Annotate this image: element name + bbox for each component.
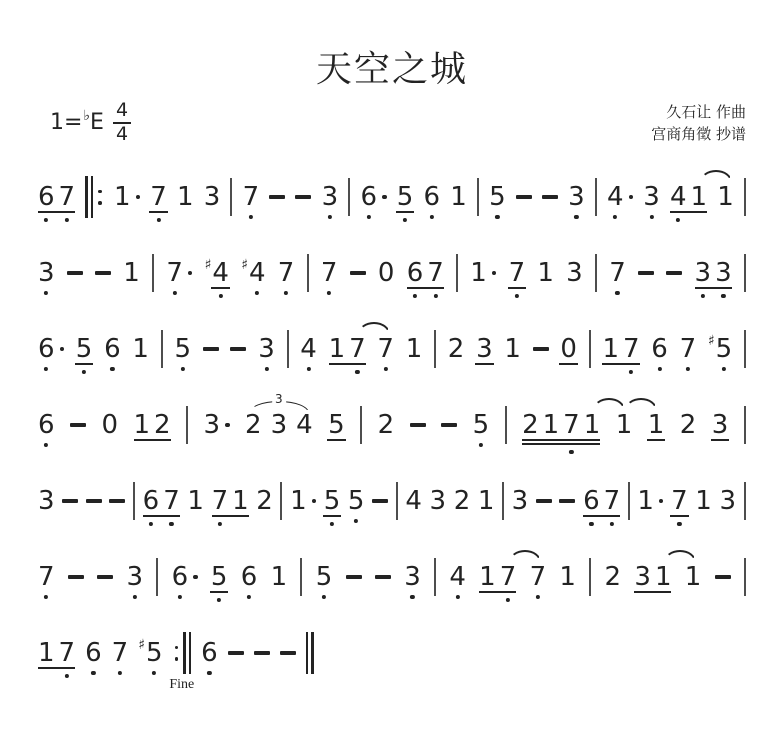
low-octave-dot <box>247 595 251 599</box>
note-number: 5 <box>316 564 333 590</box>
repeat-dot <box>98 190 102 194</box>
note-number: 5 <box>211 564 228 590</box>
duration-dash <box>441 423 457 427</box>
augmentation-dot <box>382 195 387 200</box>
low-octave-dot <box>536 595 540 599</box>
note: 7 <box>38 564 55 590</box>
note-number: 7 <box>112 640 129 666</box>
note-number: 2 <box>605 564 622 590</box>
note-number: 7 <box>349 336 366 362</box>
note: 5 <box>174 336 191 362</box>
note-number: 7 <box>59 640 76 666</box>
note-number: 1 <box>685 564 702 590</box>
note-number: 1 <box>616 412 633 438</box>
note-number: 4 <box>296 412 313 438</box>
note: 2 <box>378 412 395 438</box>
low-octave-dot <box>330 522 334 526</box>
note-number: 7 <box>321 260 338 286</box>
note: 7 <box>150 184 167 210</box>
note-number: 3 <box>430 488 447 514</box>
note: 1 <box>271 564 288 590</box>
low-octave-dot <box>44 218 48 222</box>
sharp-icon: ♯ <box>205 258 212 272</box>
low-octave-dot <box>515 294 519 298</box>
note-number: 7 <box>500 564 517 590</box>
note: 6 <box>104 336 121 362</box>
note-number: 1 <box>134 412 151 438</box>
repeat-dots <box>98 190 102 205</box>
low-octave-dot <box>65 218 69 222</box>
note: 3 <box>204 184 221 210</box>
bar-line <box>186 406 188 444</box>
low-octave-dot <box>178 595 182 599</box>
note: 1 <box>537 260 554 286</box>
note: 3 <box>204 412 230 438</box>
note: 7 <box>500 564 517 590</box>
note-number: 7 <box>59 184 76 210</box>
note-number: 1 <box>717 184 734 210</box>
note: 1 <box>232 488 249 514</box>
augmentation-dot <box>188 271 193 276</box>
note-number: 5 <box>146 640 163 666</box>
note: 2 <box>245 412 262 438</box>
note: 1 <box>479 564 496 590</box>
duration-dash <box>230 347 246 351</box>
note: 6 <box>583 488 600 514</box>
low-octave-dot <box>173 291 177 295</box>
note-number: 3 <box>38 488 55 514</box>
beam-underline <box>634 591 671 593</box>
note: 6 <box>361 184 387 210</box>
duration-dash <box>62 499 78 503</box>
note-number: 1 <box>290 488 307 514</box>
note-number: 1 <box>470 260 487 286</box>
note-number: 7 <box>680 336 697 362</box>
triplet-number: 3 <box>272 393 286 405</box>
low-octave-dot <box>284 291 288 295</box>
note: 1 <box>602 336 619 362</box>
note: 7 <box>349 336 366 362</box>
low-octave-dot <box>574 215 578 219</box>
note-number: 2 <box>154 412 171 438</box>
note: 1 <box>406 336 423 362</box>
low-octave-dot <box>149 522 153 526</box>
note: 6 <box>241 564 258 590</box>
time-numerator: 4 <box>113 101 131 124</box>
note-number: 7 <box>377 336 394 362</box>
note-number: 3 <box>634 564 651 590</box>
note: 7 <box>59 184 76 210</box>
note-number: 6 <box>241 564 258 590</box>
beam-underline <box>508 287 527 289</box>
note: 3 <box>695 260 712 286</box>
low-octave-dot <box>44 443 48 447</box>
note-number: 3 <box>126 564 143 590</box>
note-number: 7 <box>427 260 444 286</box>
note-number: 5 <box>348 488 365 514</box>
beam-underline <box>695 287 732 289</box>
note-number: 6 <box>201 640 218 666</box>
note-number: 7 <box>609 260 626 286</box>
duration-dash <box>203 347 219 351</box>
bar-line <box>307 254 309 292</box>
beam-underline <box>327 439 346 441</box>
bar-line <box>230 178 232 216</box>
repeat-dots <box>175 646 179 661</box>
low-octave-dot <box>255 291 259 295</box>
low-octave-dot <box>613 215 617 219</box>
bar-line <box>287 330 289 368</box>
note-number: 3 <box>204 412 221 438</box>
note: 1 <box>717 184 734 210</box>
note-number: 7 <box>38 564 55 590</box>
beam-underline <box>210 591 229 593</box>
note-number: 1 <box>584 412 601 438</box>
bar-line <box>300 558 302 596</box>
low-octave-dot <box>722 367 726 371</box>
note: 2 <box>154 412 171 438</box>
note-number: 3 <box>38 260 55 286</box>
bar-line <box>505 406 507 444</box>
low-octave-dot <box>495 215 499 219</box>
note-number: 7 <box>166 260 183 286</box>
low-octave-dot <box>169 522 173 526</box>
note: 7 <box>112 640 129 666</box>
composer-credit: 久石让 作曲 <box>651 101 746 124</box>
low-octave-dot <box>410 595 414 599</box>
note: 3 <box>719 488 736 514</box>
note-number: 1 <box>123 260 140 286</box>
beam-underline <box>711 439 730 441</box>
note: 7 <box>427 260 444 286</box>
note: 3 <box>476 336 493 362</box>
beam-group: 33 <box>695 260 732 286</box>
duration-dash <box>280 651 296 655</box>
duration-dash <box>372 499 388 503</box>
note: 2 <box>680 412 697 438</box>
low-octave-dot <box>677 522 681 526</box>
beam-underline <box>211 287 230 289</box>
note-number: 2 <box>378 412 395 438</box>
note: 6 <box>143 488 160 514</box>
key-prefix: 1= <box>50 112 82 134</box>
score-line-4: 60123234352521711123 <box>38 387 746 463</box>
note: 6 <box>651 336 668 362</box>
note-number: 2 <box>680 412 697 438</box>
note: 6 <box>38 336 64 362</box>
note-number: 1 <box>637 488 654 514</box>
beam-group: 17 <box>38 640 75 666</box>
note-number: 5 <box>328 412 345 438</box>
note-number: 7 <box>243 184 260 210</box>
note-number: 1 <box>232 488 249 514</box>
beam-group: 17 <box>329 336 366 362</box>
beam-underline <box>396 211 415 213</box>
beam-underline <box>647 439 666 441</box>
note-number: 4 <box>249 260 266 286</box>
note: 3 <box>566 260 583 286</box>
duration-dash <box>295 195 311 199</box>
tie-arc <box>358 322 390 334</box>
low-octave-dot <box>354 519 358 523</box>
note-number: 1 <box>478 488 495 514</box>
beam-group: 41 <box>670 184 707 210</box>
augmentation-dot <box>659 499 664 504</box>
note-number: 1 <box>479 564 496 590</box>
duration-dash <box>559 499 575 503</box>
score-line-3: 6561534177123101767♯5 <box>38 311 746 387</box>
note-number: 2 <box>256 488 273 514</box>
beam-underline <box>134 439 171 441</box>
low-octave-dot <box>65 674 69 678</box>
bar-line <box>348 178 350 216</box>
note: ♯4 <box>205 260 229 286</box>
note-number: 2 <box>522 412 539 438</box>
augmentation-dot <box>60 347 65 352</box>
note-number: 1 <box>132 336 149 362</box>
beam-underline <box>522 443 600 445</box>
beam-underline <box>670 211 707 213</box>
sharp-icon: ♯ <box>241 258 248 272</box>
tie-arc <box>625 398 657 410</box>
low-octave-dot <box>384 367 388 371</box>
beam-underline <box>212 515 249 517</box>
note: ♯4 <box>241 260 265 286</box>
note-number: 1 <box>38 640 55 666</box>
note-number: 5 <box>397 184 414 210</box>
rest-note: 0 <box>378 260 395 286</box>
note: 6 <box>38 412 55 438</box>
note-number: 7 <box>212 488 229 514</box>
beam-group: 67 <box>143 488 180 514</box>
bar-line <box>589 558 591 596</box>
beam-group: 31 <box>634 564 671 590</box>
note-number: 5 <box>174 336 191 362</box>
bar-line <box>744 330 746 368</box>
transcriber-credit: 宫商角徵 抄谱 <box>651 123 746 146</box>
note: 5 <box>473 412 490 438</box>
note-number: 2 <box>245 412 262 438</box>
bar-line <box>744 558 746 596</box>
beam-group: 67 <box>407 260 444 286</box>
note: 1 <box>329 336 346 362</box>
note-number: 1 <box>114 184 131 210</box>
barline-stroke <box>306 632 309 674</box>
note: 7 <box>243 184 260 210</box>
note-number: 3 <box>271 412 288 438</box>
note: 1 <box>695 488 712 514</box>
bar-line <box>280 482 282 520</box>
duration-dash <box>109 499 125 503</box>
note-number: 3 <box>719 488 736 514</box>
low-octave-dot <box>82 370 86 374</box>
note: 1 <box>132 336 149 362</box>
note: 7 <box>278 260 295 286</box>
note: 5 <box>397 184 414 210</box>
beam-underline <box>602 363 639 365</box>
beam-underline <box>149 211 168 213</box>
note-number: 4 <box>449 564 466 590</box>
time-signature: 4 4 <box>113 101 131 145</box>
note-number: 6 <box>423 184 440 210</box>
bar-line <box>628 482 630 520</box>
note: 6 <box>38 184 55 210</box>
note: 1 <box>616 412 633 438</box>
duration-dash <box>86 499 102 503</box>
note-number: 6 <box>361 184 378 210</box>
barline-stroke <box>85 176 88 218</box>
note-number: 6 <box>143 488 160 514</box>
note-number: 1 <box>177 184 194 210</box>
note: 7 <box>509 260 526 286</box>
note: 2 <box>454 488 471 514</box>
low-octave-dot <box>456 595 460 599</box>
low-octave-dot <box>657 367 661 371</box>
duration-dash <box>95 271 111 275</box>
note: 3 <box>38 260 55 286</box>
augmentation-dot <box>312 499 317 504</box>
low-octave-dot <box>629 370 633 374</box>
bar-line <box>434 330 436 368</box>
tie-arc <box>664 550 696 562</box>
duration-dash <box>516 195 532 199</box>
note-number: 1 <box>537 260 554 286</box>
note-number: 1 <box>695 488 712 514</box>
low-octave-dot <box>306 367 310 371</box>
note-number: 5 <box>473 412 490 438</box>
repeat-end-barline: Fine <box>173 632 192 674</box>
note: 3 <box>126 564 143 590</box>
note: 2 <box>448 336 465 362</box>
low-octave-dot <box>322 595 326 599</box>
note-number: 7 <box>563 412 580 438</box>
note: 1 <box>38 640 55 666</box>
note: 1 <box>134 412 151 438</box>
note-number: 0 <box>101 412 118 438</box>
note: 1 <box>114 184 140 210</box>
note-number: 1 <box>648 412 665 438</box>
note: 5 <box>211 564 228 590</box>
bar-line <box>133 482 135 520</box>
beam-group: 67 <box>38 184 75 210</box>
note: 5 <box>348 488 365 514</box>
note-number: 7 <box>509 260 526 286</box>
bar-line <box>477 178 479 216</box>
note-number: 4 <box>607 184 624 210</box>
duration-dash <box>542 195 558 199</box>
note: 5 <box>328 412 345 438</box>
low-octave-dot <box>433 294 437 298</box>
bar-line <box>744 482 746 520</box>
note-number: 7 <box>623 336 640 362</box>
time-denominator: 4 <box>116 124 128 145</box>
score-line-7: 1767♯5Fine6 <box>38 615 746 691</box>
note: 7 <box>377 336 394 362</box>
note-number: 7 <box>530 564 547 590</box>
note-number: 1 <box>602 336 619 362</box>
low-octave-dot <box>328 215 332 219</box>
key-time-signature: 1=♭E 4 4 <box>50 101 131 145</box>
note-number: 1 <box>406 336 423 362</box>
note-number: 1 <box>187 488 204 514</box>
credits: 久石让 作曲 宫商角徵 抄谱 <box>651 101 746 146</box>
note-number: 3 <box>695 260 712 286</box>
low-octave-dot <box>218 522 222 526</box>
low-octave-dot <box>118 671 122 675</box>
low-octave-dot <box>355 370 359 374</box>
note: 7 <box>609 260 626 286</box>
tie-arc <box>509 550 541 562</box>
beam-underline <box>323 515 342 517</box>
note-number: 6 <box>651 336 668 362</box>
score-line-6: 73656153417712311 <box>38 539 746 615</box>
note: 3 <box>38 488 55 514</box>
low-octave-dot <box>610 522 614 526</box>
repeat-dot <box>175 646 179 650</box>
low-octave-dot <box>44 595 48 599</box>
note: ♯5 <box>708 336 732 362</box>
note-number: 6 <box>85 640 102 666</box>
duration-dash <box>350 271 366 275</box>
duration-dash <box>638 271 654 275</box>
note-number: 1 <box>329 336 346 362</box>
note: 4 <box>405 488 422 514</box>
bar-line <box>156 558 158 596</box>
barline-stroke <box>189 632 192 674</box>
note-number: 1 <box>271 564 288 590</box>
note: 6 <box>85 640 102 666</box>
note: 1 <box>584 412 601 438</box>
low-octave-dot <box>219 294 223 298</box>
duration-dash <box>228 651 244 655</box>
final-barline <box>306 632 314 674</box>
note: 3 <box>512 488 529 514</box>
duration-dash <box>666 271 682 275</box>
beam-group: 67 <box>583 488 620 514</box>
note-number: 4 <box>212 260 229 286</box>
bar-line <box>396 482 398 520</box>
bar-line <box>744 406 746 444</box>
note: 3 <box>430 488 447 514</box>
duration-dash <box>269 195 285 199</box>
note: 4 <box>300 336 317 362</box>
duration-dash <box>70 423 86 427</box>
duration-dash <box>410 423 426 427</box>
note-number: 5 <box>489 184 506 210</box>
sharp-icon: ♯ <box>708 334 715 348</box>
note: 1 <box>685 564 702 590</box>
note: 1 <box>187 488 204 514</box>
beam-underline <box>559 363 578 365</box>
score-line-1: 6717137365615343411 <box>38 159 746 235</box>
note: 3 <box>715 260 732 286</box>
sheet-music-page: 天空之城 1=♭E 4 4 久石让 作曲 宫商角徵 抄谱 67171373656… <box>0 0 784 753</box>
note: 3 <box>712 412 729 438</box>
note-number: 4 <box>300 336 317 362</box>
note: 1 <box>450 184 467 210</box>
rest-note: 0 <box>101 412 118 438</box>
note-number: 3 <box>512 488 529 514</box>
note: 5 <box>324 488 341 514</box>
note-number: 3 <box>566 260 583 286</box>
repeat-dot <box>175 657 179 661</box>
beam-underline <box>475 363 494 365</box>
note: 7 <box>530 564 547 590</box>
note-number: 0 <box>378 260 395 286</box>
barline-stroke <box>91 176 94 218</box>
note: 7 <box>166 260 192 286</box>
note-number: 3 <box>568 184 585 210</box>
